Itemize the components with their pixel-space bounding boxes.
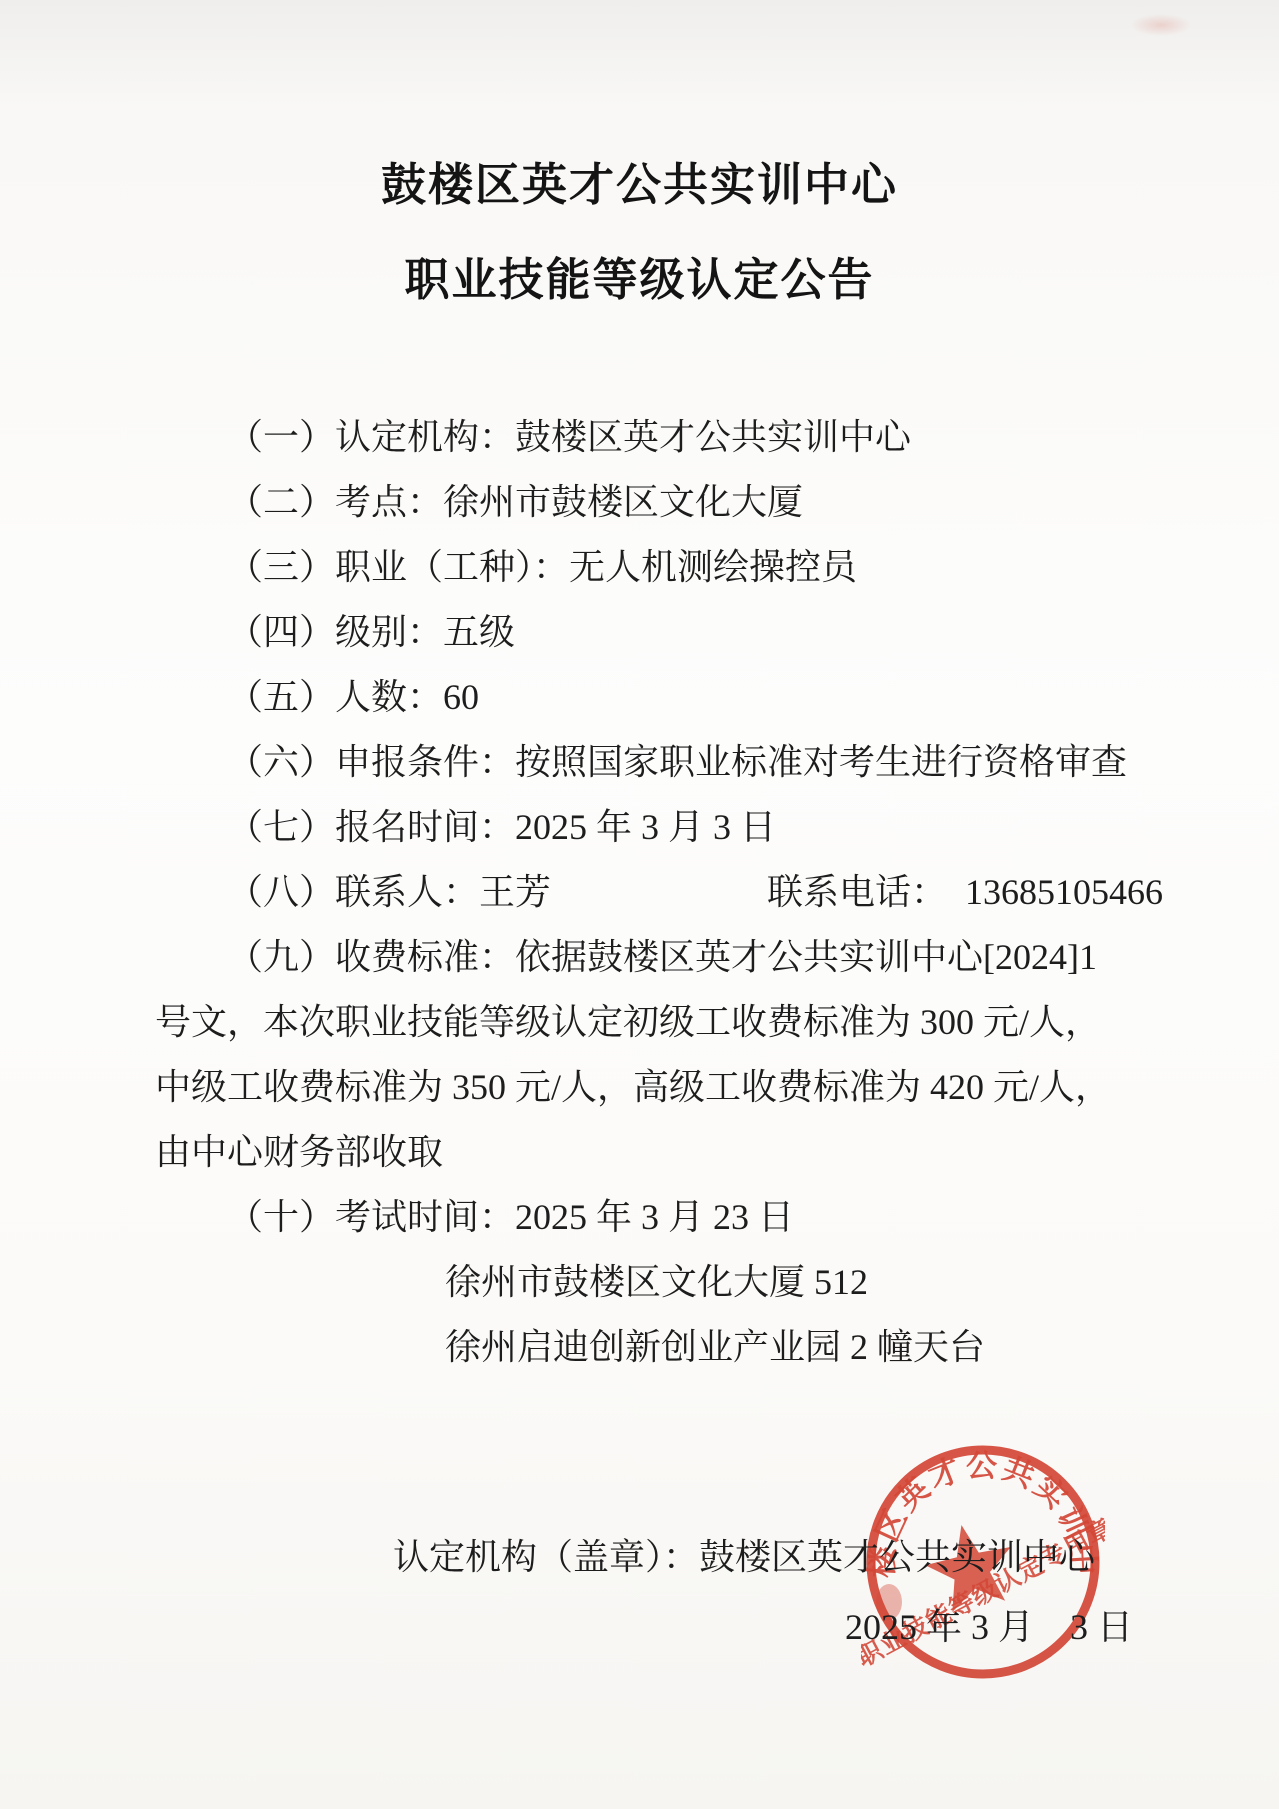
signature-line: 认定机构（盖章）：鼓楼区英才公共实训中心 xyxy=(393,1532,1095,1582)
body-line-level: （四）级别：五级 xyxy=(155,600,1160,665)
body-line-contact: （八）联系人：王芳 联系电话： 13685105466 xyxy=(155,860,1160,925)
signature-date: 2025 年 3 月 3 日 xyxy=(845,1602,1133,1652)
exam-address-line-1: 徐州市鼓楼区文化大厦 512 xyxy=(155,1250,1160,1315)
body-line-occupation: （三）职业（工种）：无人机测绘操控员 xyxy=(155,535,1160,600)
ink-smudge xyxy=(1130,14,1192,36)
body-line-exam-site: （二）考点：徐州市鼓楼区文化大厦 xyxy=(155,470,1160,535)
document-title-line2: 职业技能等级认定公告 xyxy=(0,243,1279,308)
body-line-exam-date: （十）考试时间：2025 年 3 月 23 日 xyxy=(155,1185,1160,1250)
body-line-fees-2: 号文，本次职业技能等级认定初级工收费标准为 300 元/人， xyxy=(155,990,1160,1055)
body-line-fees-1: （九）收费标准：依据鼓楼区英才公共实训中心[2024]1 xyxy=(155,925,1160,990)
body-line-certifying-org: （一）认定机构：鼓楼区英才公共实训中心 xyxy=(155,405,1160,470)
document-title-line1: 鼓楼区英才公共实训中心 xyxy=(0,148,1279,213)
body-line-fees-3: 中级工收费标准为 350 元/人，高级工收费标准为 420 元/人， xyxy=(155,1055,1160,1120)
body-line-fees-4: 由中心财务部收取 xyxy=(155,1120,1160,1185)
exam-address-line-2: 徐州启迪创新创业产业园 2 幢天台 xyxy=(155,1315,1160,1380)
body-line-application-conditions: （六）申报条件：按照国家职业标准对考生进行资格审查 xyxy=(155,730,1160,795)
body-line-headcount: （五）人数：60 xyxy=(155,665,1160,730)
document-body: （一）认定机构：鼓楼区英才公共实训中心 （二）考点：徐州市鼓楼区文化大厦 （三）… xyxy=(155,405,1160,1380)
body-line-registration-date: （七）报名时间：2025 年 3 月 3 日 xyxy=(155,795,1160,860)
document-page: 鼓楼区英才公共实训中心 职业技能等级认定公告 （一）认定机构：鼓楼区英才公共实训… xyxy=(0,0,1279,1809)
